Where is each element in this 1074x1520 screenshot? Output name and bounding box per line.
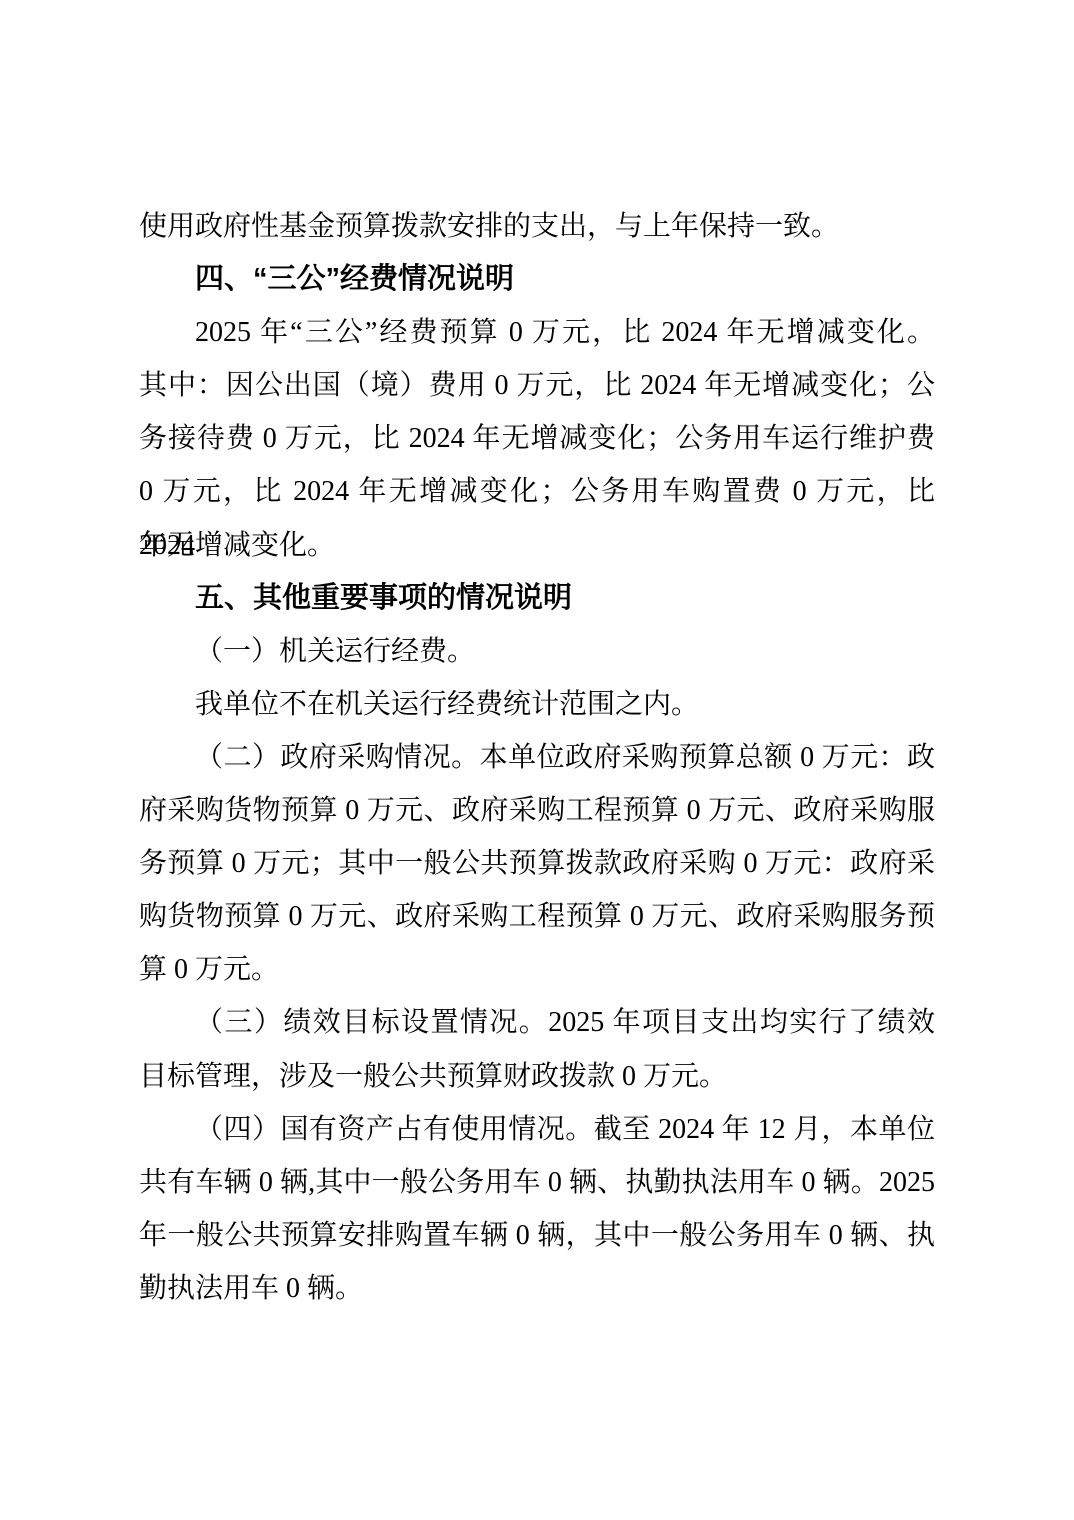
document-page: 使用政府性基金预算拨款安排的支出，与上年保持一致。四、“三公”经费情况说明202…	[0, 0, 1074, 1520]
text-line: （三）绩效目标设置情况。2025 年项目支出均实行了绩效	[139, 996, 935, 1049]
text-line: 府采购货物预算 0 万元、政府采购工程预算 0 万元、政府采购服	[139, 784, 935, 837]
text-line: 年一般公共预算安排购置车辆 0 辆，其中一般公务用车 0 辆、执	[139, 1209, 935, 1262]
text-line: 年无增减变化。	[139, 519, 935, 572]
text-line: 2025 年“三公”经费预算 0 万元，比 2024 年无增减变化。	[139, 306, 935, 359]
text-line: 使用政府性基金预算拨款安排的支出，与上年保持一致。	[139, 200, 935, 253]
text-line: 目标管理，涉及一般公共预算财政拨款 0 万元。	[139, 1050, 935, 1103]
text-line: 0 万元，比 2024 年无增减变化；公务用车购置费 0 万元，比 2024	[139, 465, 935, 518]
text-line: （二）政府采购情况。本单位政府采购预算总额 0 万元：政	[139, 731, 935, 784]
text-line: 其中：因公出国（境）费用 0 万元，比 2024 年无增减变化；公	[139, 359, 935, 412]
section-heading: 四、“三公”经费情况说明	[139, 253, 935, 306]
text-line: 我单位不在机关运行经费统计范围之内。	[139, 678, 935, 731]
text-line: （四）国有资产占有使用情况。截至 2024 年 12 月，本单位	[139, 1103, 935, 1156]
text-line: 勤执法用车 0 辆。	[139, 1262, 935, 1315]
text-line: （一）机关运行经费。	[139, 625, 935, 678]
text-line: 算 0 万元。	[139, 943, 935, 996]
text-line: 共有车辆 0 辆,其中一般公务用车 0 辆、执勤执法用车 0 辆。2025	[139, 1156, 935, 1209]
section-heading: 五、其他重要事项的情况说明	[139, 572, 935, 625]
text-line: 购货物预算 0 万元、政府采购工程预算 0 万元、政府采购服务预	[139, 890, 935, 943]
text-line: 务接待费 0 万元，比 2024 年无增减变化；公务用车运行维护费	[139, 412, 935, 465]
document-body: 使用政府性基金预算拨款安排的支出，与上年保持一致。四、“三公”经费情况说明202…	[139, 200, 935, 1315]
text-line: 务预算 0 万元；其中一般公共预算拨款政府采购 0 万元：政府采	[139, 837, 935, 890]
